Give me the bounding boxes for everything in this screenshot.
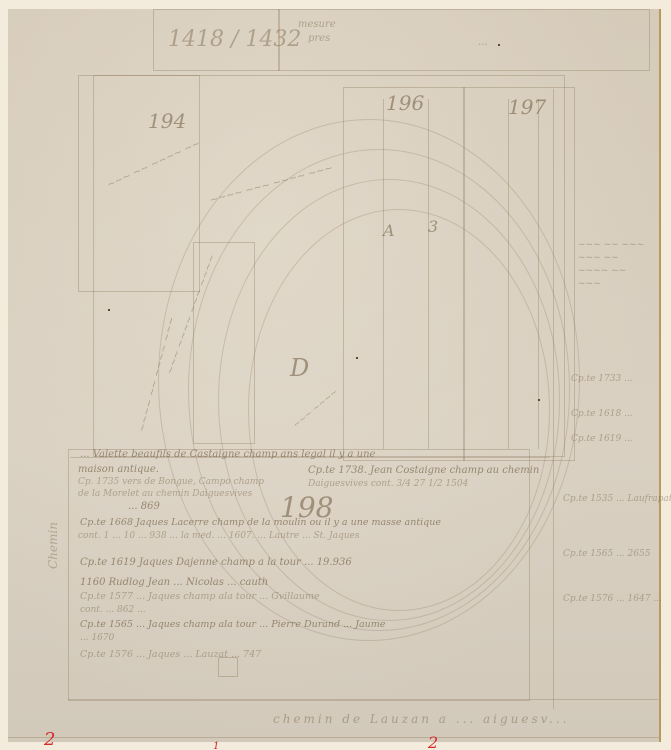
parcel-196-box xyxy=(343,87,465,461)
right-note-scribble: ~~~ ~~ ~~~ ~~~ ~~ ~~~~ ~~ ~~~ xyxy=(578,239,648,291)
parcel-197-box xyxy=(463,87,575,461)
header-note-3: ... xyxy=(478,37,488,48)
note-line-3: Cp. 1735 vers de Bongue, Campo champ xyxy=(78,477,264,487)
parcel-label-A: A xyxy=(383,221,395,240)
column-divider-2 xyxy=(428,99,429,449)
parcel-label-D: D xyxy=(290,354,309,382)
note-line-4: de la Morelet au chemin Daiguesvives xyxy=(78,489,252,499)
speck-4 xyxy=(538,399,540,401)
note-line-10: Cp.te 1619 Jaques Dajenne champ a la tou… xyxy=(80,557,352,568)
note-line-2: maison antique. xyxy=(78,464,159,475)
note-line-15: ... 1670 xyxy=(80,633,114,643)
parcel-label-3: 3 xyxy=(428,217,438,236)
road-line-lower xyxy=(8,737,659,738)
right-margin-rule xyxy=(553,89,554,709)
header-note-2: pres xyxy=(308,33,330,44)
right-note-6: Cp.te 1576 ... 1647 ... xyxy=(563,594,662,604)
right-note-4: Cp.te 1535 ... Laufrapat xyxy=(563,494,671,504)
note-line-12: Cp.te 1577 ... Jaques champ ala tour ...… xyxy=(80,591,320,602)
speck-3 xyxy=(356,357,358,359)
parcel-label-194: 194 xyxy=(148,109,186,133)
speck-1 xyxy=(498,44,500,46)
column-divider-4 xyxy=(538,99,539,449)
road-label: chemin de Lauzan a ... aiguesv... xyxy=(273,712,569,726)
right-note-5: Cp.te 1565 ... 2655 xyxy=(563,549,650,559)
header-note-1: mesure xyxy=(298,19,336,30)
right-note-2: Cp.te 1618 ... xyxy=(571,409,633,419)
note-line-9: cont. 1 ... 10 ... 938 ... la med. ... 1… xyxy=(78,531,360,541)
note-line-7: Daiguesvives cont. 3/4 27 1/2 1504 xyxy=(308,479,468,489)
note-line-13: cont. ... 862 ... xyxy=(80,605,146,615)
note-line-5: ... 869 xyxy=(128,501,160,512)
red-annotation-2: 1 xyxy=(213,741,219,750)
parcel-label-196: 196 xyxy=(386,91,424,115)
road-line-upper xyxy=(68,699,658,700)
column-divider-1 xyxy=(383,99,384,449)
speck-2 xyxy=(108,309,110,311)
left-margin-vertical-text: Chemin xyxy=(46,522,60,569)
note-line-11: 1160 Rudlog Jean ... Nicolas ... cauth xyxy=(80,577,268,588)
right-note-1: Cp.te 1733 ... xyxy=(571,374,633,384)
note-line-6: Cp.te 1738. Jean Costaigne champ au chem… xyxy=(308,465,539,476)
red-annotation-1: 2 xyxy=(44,729,55,750)
right-note-3: Cp.te 1619 ... xyxy=(571,434,633,444)
red-annotation-3: 2 xyxy=(428,733,438,750)
column-divider-3 xyxy=(508,99,509,449)
square-marker xyxy=(218,657,238,677)
note-line-1: ... Valette beaufils de Castaigne champ … xyxy=(80,449,375,460)
manuscript-paper: 1418 / 1432 mesure pres ... 194 196 197 … xyxy=(8,9,661,742)
note-line-8: Cp.te 1668 Jaques Lacerre champ de la mo… xyxy=(80,517,441,528)
parcel-label-197: 197 xyxy=(508,95,546,119)
note-line-14: Cp.te 1565 ... Jaques champ ala tour ...… xyxy=(80,619,385,630)
